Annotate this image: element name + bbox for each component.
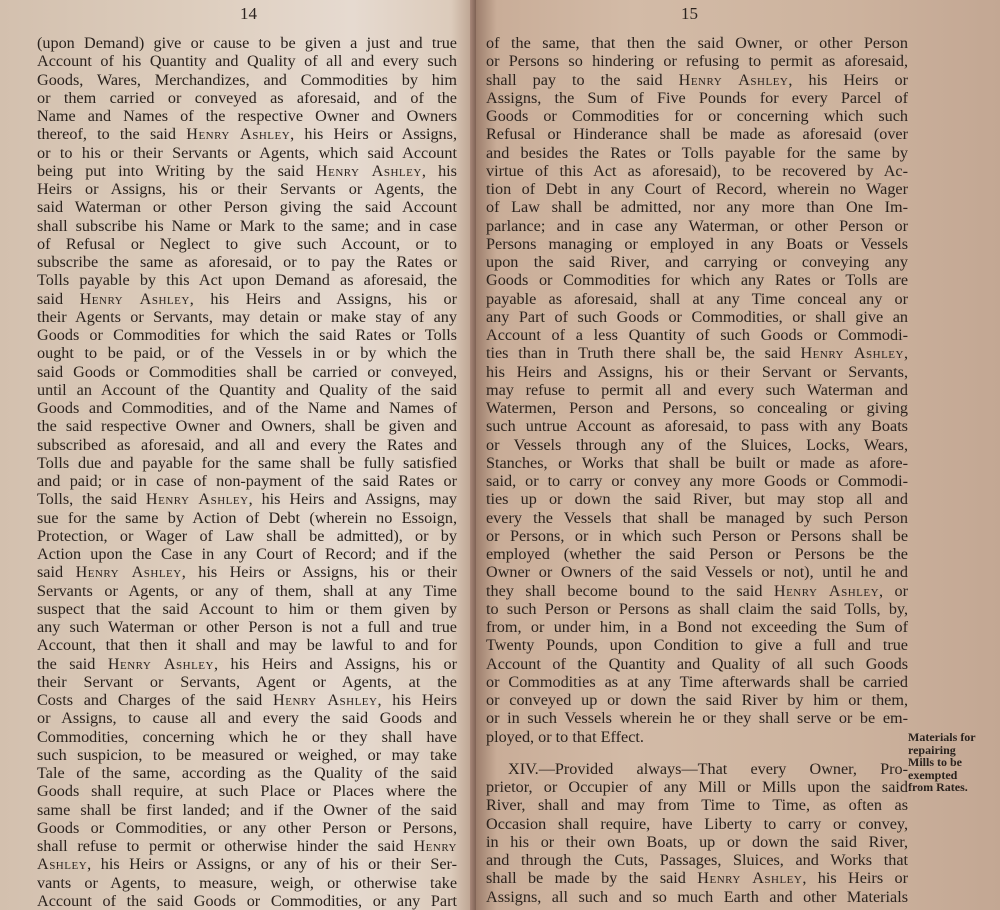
text-line: Tolls, the said Henry Ashley, his Heirs …	[37, 490, 457, 508]
text-line: Assigns, the Sum of Five Pounds for ever…	[486, 89, 908, 107]
text-line: may refuse to permit all and every such …	[486, 381, 908, 399]
text-line: their Servant or Servants, Agent or Agen…	[37, 673, 457, 691]
text-line: Commodities, concerning which he or they…	[37, 728, 457, 746]
text-line: ties up or down the said River, but may …	[486, 490, 908, 508]
text-line: tion of Debt in any Court of Record, whe…	[486, 180, 908, 198]
text-line: subscribe the same as aforesaid, or to p…	[37, 253, 457, 271]
text-line: Ashley, his Heirs or Assigns, or any of …	[37, 855, 457, 873]
text-line: Account of a less Quantity of such Goods…	[486, 326, 908, 344]
page-number: 14	[240, 4, 257, 24]
text-line: of the same, that then the said Owner, o…	[486, 34, 908, 52]
text-line: suspect that the said Account to him or …	[37, 600, 457, 618]
text-line: Goods shall require, at such Place or Pl…	[37, 782, 457, 800]
text-line: or Persons so hindering or refusing to p…	[486, 52, 908, 70]
text-line: subscribed as aforesaid, and all and eve…	[37, 436, 457, 454]
text-line: any such Waterman or other Person is not…	[37, 618, 457, 636]
text-line: Protection, or Wager of Law shall be adm…	[37, 527, 457, 545]
text-line: ought to be paid, or of the Vessels in o…	[37, 344, 457, 362]
text-line: shall subscribe his Name or Mark to the …	[37, 217, 457, 235]
text-line: or Vessels through any of the Sluices, L…	[486, 436, 908, 454]
text-line: Occasion shall require, have Liberty to …	[486, 815, 908, 833]
right-page: 15 of the same, that then the said Owner…	[476, 0, 1000, 910]
text-line: Goods or Commodities for or concerning w…	[486, 107, 908, 125]
text-line: every the Vessels that shall be managed …	[486, 509, 908, 527]
text-line: from, or under him, in a Bond not exceed…	[486, 618, 908, 636]
text-line: his Heirs and Assigns, his or their Serv…	[486, 363, 908, 381]
text-line: Assigns, all such and so much Earth and …	[486, 888, 908, 906]
text-line: or them carried or conveyed as aforesaid…	[37, 89, 457, 107]
text-line: Goods and Commodities, and of the Name a…	[37, 399, 457, 417]
text-line: any Part of such Goods or Commodities, o…	[486, 308, 908, 326]
left-page: 14 (upon Demand) give or cause to be giv…	[0, 0, 470, 910]
text-line: their Agents or Servants, may detain or …	[37, 308, 457, 326]
text-line: Account of the Quantity and Quality of a…	[486, 655, 908, 673]
text-line: and paid; or in case of non-payment of t…	[37, 472, 457, 490]
text-line: or to his or their Servants or Agents, w…	[37, 144, 457, 162]
text-line: Tolls payable by this Act upon Demand as…	[37, 271, 457, 289]
text-line: Action upon the Case in any Court of Rec…	[37, 545, 457, 563]
text-line: said Goods or Commodities shall be carri…	[37, 363, 457, 381]
text-line: Owner or Owners of the said Vessels or n…	[486, 563, 908, 581]
text-line: until an Account of the Quantity and Qua…	[37, 381, 457, 399]
text-line: being put into Writing by the said Henry…	[37, 162, 457, 180]
text-line: they shall become bound to the said Henr…	[486, 582, 908, 600]
text-line: Stanches, or Works that shall be built o…	[486, 454, 908, 472]
text-line: Tale of the same, according as the Quali…	[37, 764, 457, 782]
text-line: or Assigns, to cause all and every the s…	[37, 709, 457, 727]
text-line: River, shall and may from Time to Time, …	[486, 796, 908, 814]
text-line: Watermen, Person and Persons, so conceal…	[486, 399, 908, 417]
text-line: Account of the said Goods or Commodities…	[37, 892, 457, 910]
text-line: such untrue Account as aforesaid, to pas…	[486, 417, 908, 435]
text-line: the said Henry Ashley, his Heirs and Ass…	[37, 655, 457, 673]
text-line: (upon Demand) give or cause to be given …	[37, 34, 457, 52]
text-line: Goods, Wares, Merchandizes, and Commodit…	[37, 71, 457, 89]
text-line: Goods or Commodities, or any other Perso…	[37, 819, 457, 837]
text-line: Servants or Agents, or any of them, shal…	[37, 582, 457, 600]
text-line: such suspicion, to be measured or weighe…	[37, 746, 457, 764]
text-line: Goods or Commodities for which any Rates…	[486, 271, 908, 289]
text-line: Costs and Charges of the said Henry Ashl…	[37, 691, 457, 709]
text-line: or in such Vessels wherein he or they sh…	[486, 709, 908, 727]
text-line: said Waterman or other Person giving the…	[37, 198, 457, 216]
text-line: Account, that then it shall and may be l…	[37, 636, 457, 654]
text-line: Refusal or Hinderance shall be made as a…	[486, 125, 908, 143]
text-line: ties than in Truth there shall be, the s…	[486, 344, 908, 362]
text-line: said Henry Ashley, his Heirs and Assigns…	[37, 290, 457, 308]
marginal-note: Materials forrepairingMills to beexempte…	[908, 731, 1000, 794]
marginal-note-line: Mills to be	[908, 756, 1000, 769]
text-line: shall pay to the said Henry Ashley, his …	[486, 71, 908, 89]
text-line: Heirs or Assigns, his or their Servants …	[37, 180, 457, 198]
text-line: virtue of this Act as aforesaid), to be …	[486, 162, 908, 180]
text-line: shall be made by the said Henry Ashley, …	[486, 869, 908, 887]
text-line: ployed, or to that Effect.	[486, 728, 908, 746]
text-line: sue for the same by Action of Debt (wher…	[37, 509, 457, 527]
text-line: Account of his Quantity and Quality of a…	[37, 52, 457, 70]
text-line: shall refuse to permit or otherwise hind…	[37, 837, 457, 855]
text-line: to such Person or Persons as shall claim…	[486, 600, 908, 618]
page-number: 15	[681, 4, 698, 24]
text-line: said Henry Ashley, his Heirs or Assigns,…	[37, 563, 457, 581]
paragraph-gap	[486, 746, 908, 760]
text-line: Goods or Commodities for which the said …	[37, 326, 457, 344]
text-line: said, or to carry or convey any more Goo…	[486, 472, 908, 490]
text-line: XIV.—Provided always—That every Owner, P…	[486, 760, 908, 778]
text-line: thereof, to the said Henry Ashley, his H…	[37, 125, 457, 143]
text-line: Persons managing or employed in any Boat…	[486, 235, 908, 253]
text-line: in his or their own Boats, up or down th…	[486, 833, 908, 851]
text-line: employed (whether the said Person or Per…	[486, 545, 908, 563]
text-line: payable as aforesaid, shall at any Time …	[486, 290, 908, 308]
text-line: and besides the Rates or Tolls payable f…	[486, 144, 908, 162]
text-line: prietor, or Occupier of any Mill or Mill…	[486, 778, 908, 796]
text-line: parlance; and in case any Waterman, or o…	[486, 217, 908, 235]
text-line: of Law shall be admitted, nor any more t…	[486, 198, 908, 216]
text-line: Twenty Pounds, upon Condition to give a …	[486, 636, 908, 654]
left-page-text: (upon Demand) give or cause to be given …	[37, 34, 457, 910]
book-spread: 14 (upon Demand) give or cause to be giv…	[0, 0, 1000, 910]
text-line: Tolls due and payable for the same shall…	[37, 454, 457, 472]
text-line: or conveyed up or down the said River by…	[486, 691, 908, 709]
text-line: vants or Agents, to measure, weigh, or o…	[37, 874, 457, 892]
text-line: same shall be first landed; and if the O…	[37, 801, 457, 819]
text-line: or Persons, or in which such Person or P…	[486, 527, 908, 545]
text-line: the said respective Owner and Owners, sh…	[37, 417, 457, 435]
text-line: or Commodities as at any Time afterwards…	[486, 673, 908, 691]
marginal-note-line: from Rates.	[908, 781, 1000, 794]
text-line: Name and Names of the respective Owner a…	[37, 107, 457, 125]
text-line: of Refusal or Neglect to give such Accou…	[37, 235, 457, 253]
text-line: upon the said River, and carrying or con…	[486, 253, 908, 271]
right-page-text: of the same, that then the said Owner, o…	[486, 34, 908, 906]
text-line: and through the Cuts, Passages, Sluices,…	[486, 851, 908, 869]
marginal-note-line: Materials for	[908, 731, 1000, 744]
